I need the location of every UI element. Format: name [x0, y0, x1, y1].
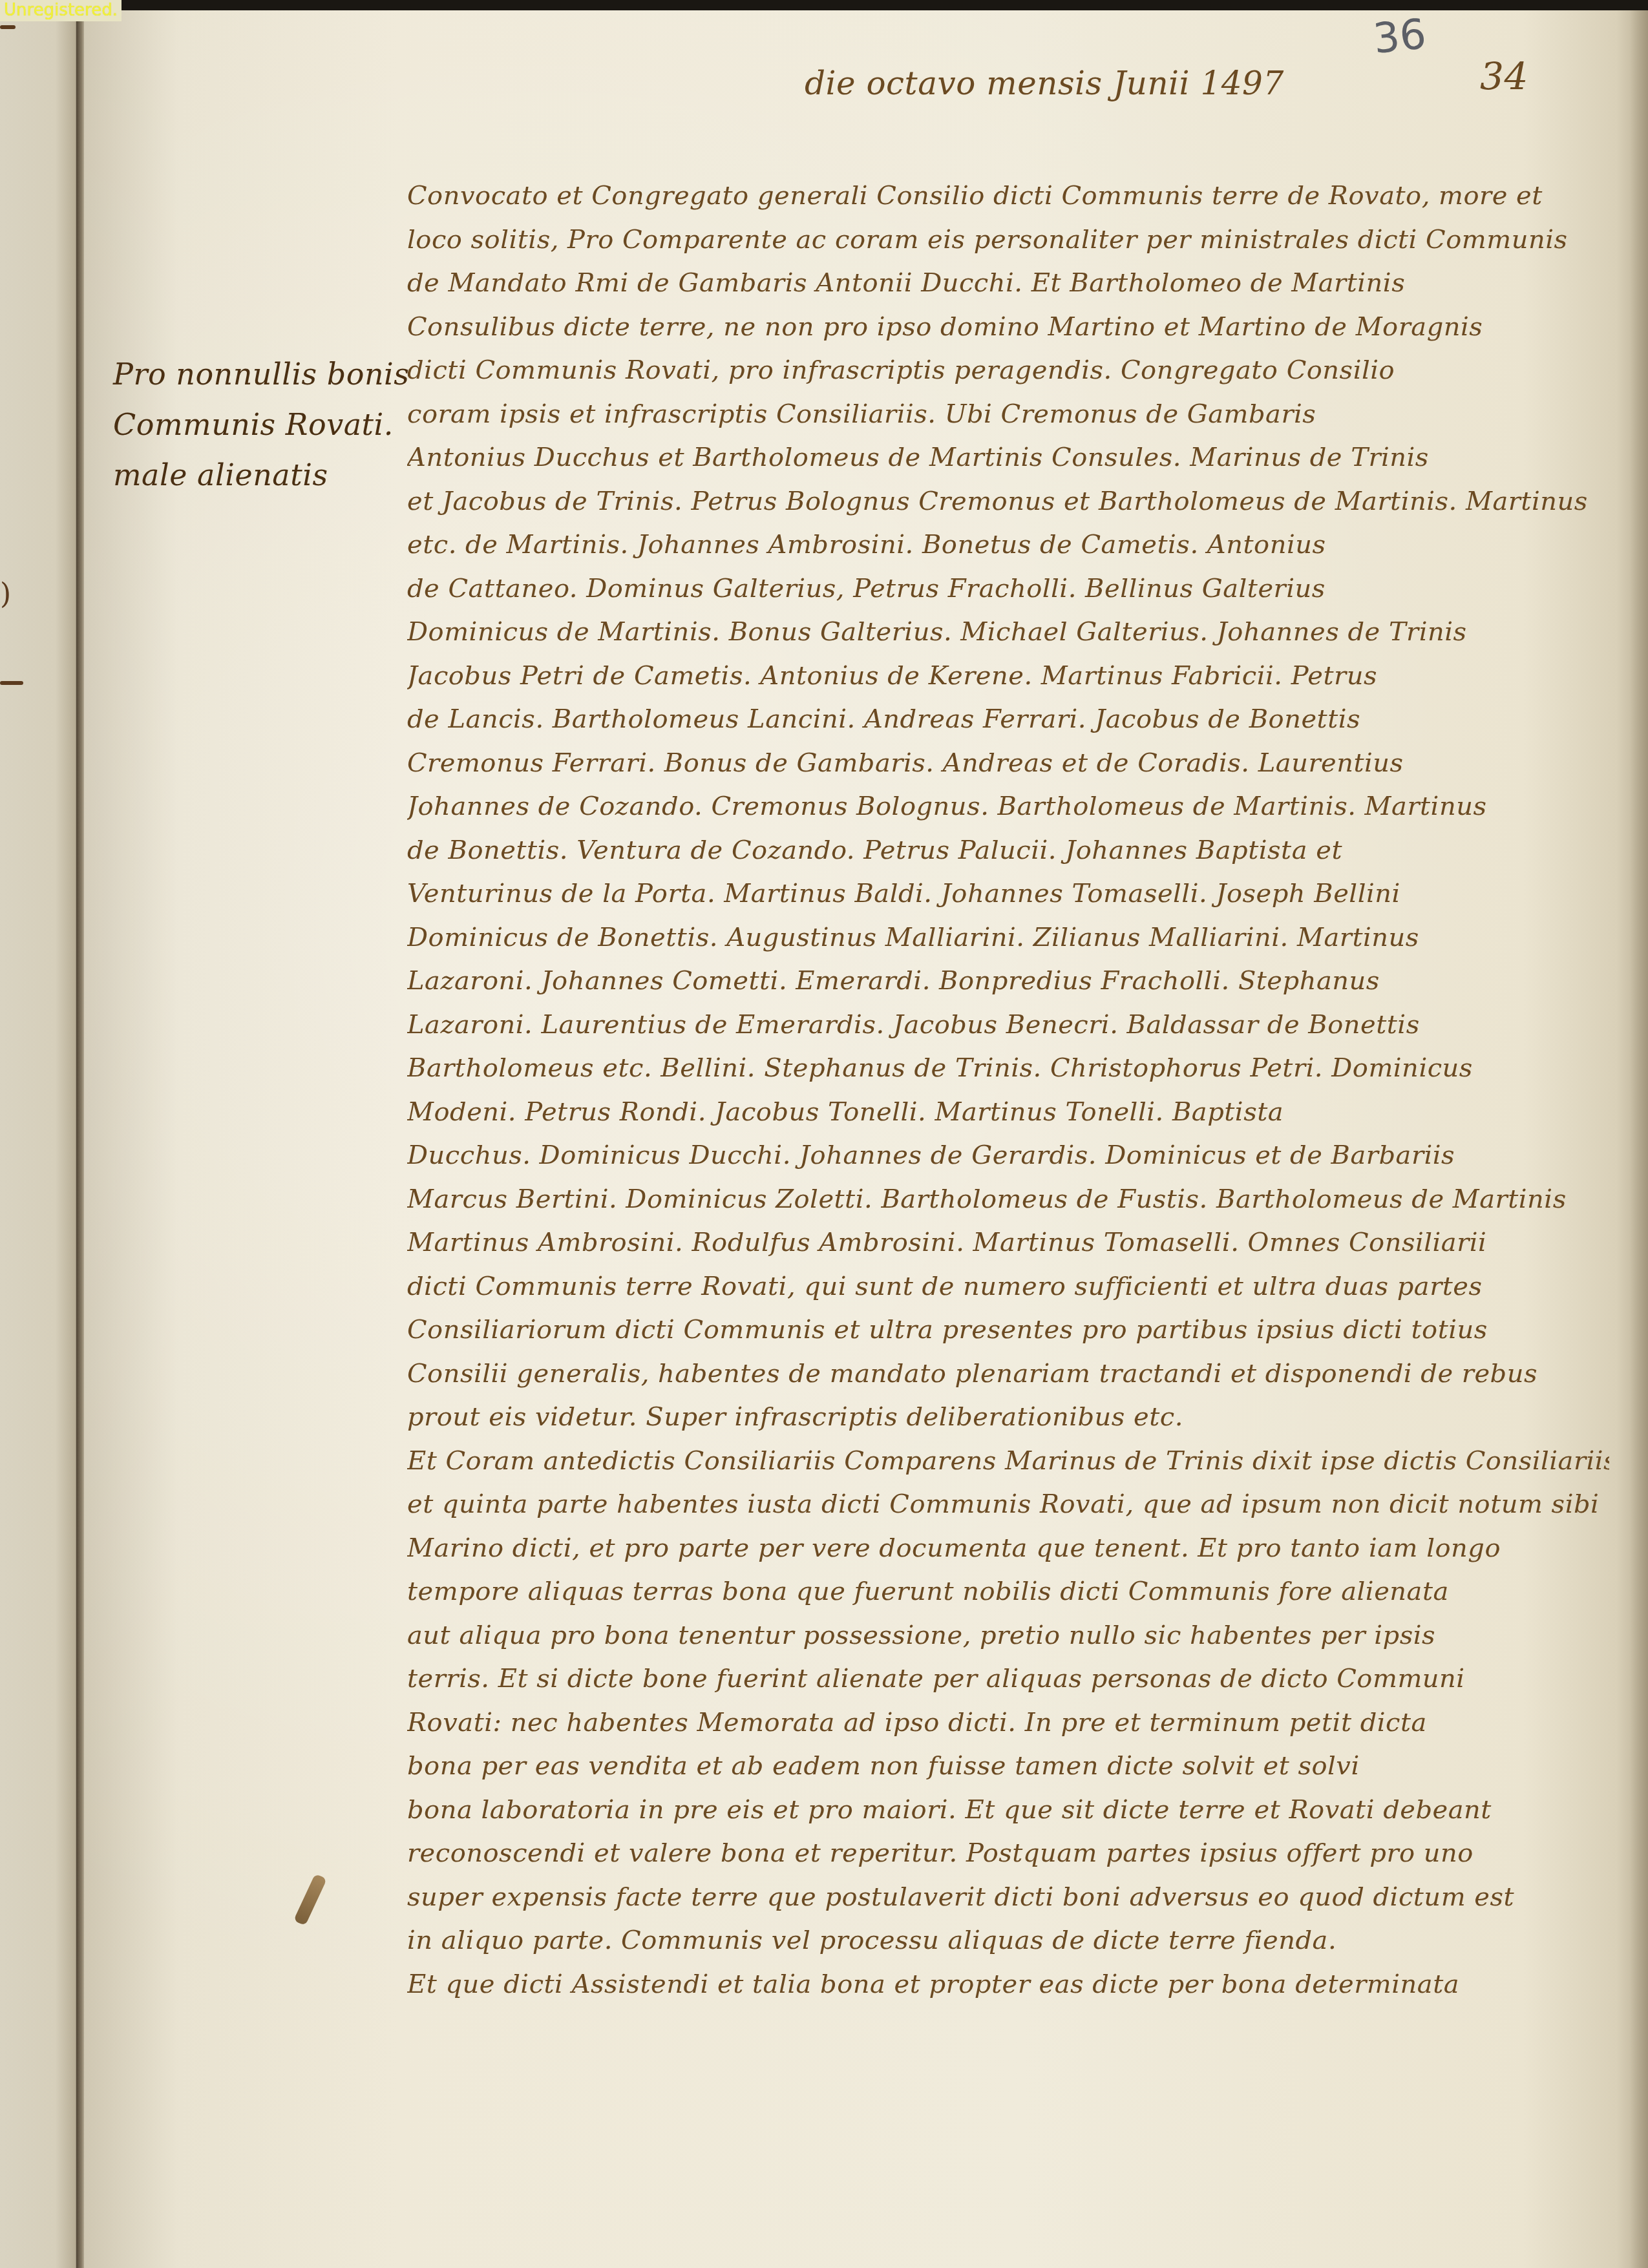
- folio-number-ink: 34: [1480, 54, 1528, 98]
- text-line: bona per eas vendita et ab eadem non fui…: [407, 1745, 1609, 1789]
- margin-note-line: male alienatis: [113, 450, 372, 500]
- text-line: Ducchus. Dominicus Ducchi. Johannes de G…: [407, 1134, 1609, 1178]
- left-page-edge: ): [0, 9, 79, 2268]
- text-line: Dominicus de Bonettis. Augustinus Mallia…: [407, 916, 1609, 960]
- text-line: Dominicus de Martinis. Bonus Galterius. …: [407, 611, 1609, 655]
- text-line: Et que dicti Assistendi et talia bona et…: [407, 1963, 1609, 2007]
- text-line: reconoscendi et valere bona et reperitur…: [407, 1832, 1609, 1876]
- text-line: Antonius Ducchus et Bartholomeus de Mart…: [407, 436, 1609, 480]
- text-line: bona laboratoria in pre eis et pro maior…: [407, 1789, 1609, 1832]
- text-line: aut aliqua pro bona tenentur possessione…: [407, 1614, 1609, 1658]
- date-heading: die octavo mensis Junii 1497: [805, 65, 1284, 102]
- folio-number-pencil: 36: [1371, 10, 1428, 63]
- text-line: Consiliariorum dicti Communis et ultra p…: [407, 1308, 1609, 1352]
- text-line: Cremonus Ferrari. Bonus de Gambaris. And…: [407, 742, 1609, 786]
- text-line: Consulibus dicte terre, ne non pro ipso …: [407, 306, 1609, 350]
- text-line: dicti Communis terre Rovati, qui sunt de…: [407, 1265, 1609, 1309]
- text-line: de Bonettis. Ventura de Cozando. Petrus …: [407, 829, 1609, 873]
- text-line: loco solitis, Pro Comparente ac coram ei…: [407, 218, 1609, 262]
- text-line: Marino dicti, et pro parte per vere docu…: [407, 1527, 1609, 1571]
- text-line: Consilii generalis, habentes de mandato …: [407, 1352, 1609, 1396]
- text-line: super expensis facte terre que postulave…: [407, 1876, 1609, 1920]
- text-line: Jacobus Petri de Cametis. Antonius de Ke…: [407, 655, 1609, 698]
- text-line: Et Coram antedictis Consiliariis Compare…: [407, 1440, 1609, 1484]
- text-line: Venturinus de la Porta. Martinus Baldi. …: [407, 872, 1609, 916]
- text-line: Lazaroni. Laurentius de Emerardis. Jacob…: [407, 1003, 1609, 1047]
- text-line: de Mandato Rmi de Gambaris Antonii Ducch…: [407, 262, 1609, 306]
- text-line: Martinus Ambrosini. Rodulfus Ambrosini. …: [407, 1221, 1609, 1265]
- left-page-ink-mark: [0, 25, 16, 29]
- text-line: prout eis videtur. Super infrascriptis d…: [407, 1396, 1609, 1440]
- text-line: et Jacobus de Trinis. Petrus Bolognus Cr…: [407, 480, 1609, 524]
- text-line: in aliquo parte. Communis vel processu a…: [407, 1919, 1609, 1963]
- margin-note: Pro nonnullis bonis Communis Rovati. mal…: [113, 349, 372, 500]
- text-line: coram ipsis et infrascriptis Consiliarii…: [407, 393, 1609, 437]
- text-line: Convocato et Congregato generali Consili…: [407, 174, 1609, 218]
- text-line: Bartholomeus etc. Bellini. Stephanus de …: [407, 1047, 1609, 1091]
- margin-note-line: Communis Rovati.: [113, 399, 372, 450]
- text-line: de Lancis. Bartholomeus Lancini. Andreas…: [407, 698, 1609, 742]
- page-edge-shadow: [1630, 10, 1648, 2268]
- text-line: dicti Communis Rovati, pro infrascriptis…: [407, 349, 1609, 393]
- left-page-ink-stroke: ): [0, 578, 11, 611]
- manuscript-body: Convocato et Congregato generali Consili…: [407, 174, 1609, 2006]
- text-line: tempore aliquas terras bona que fuerunt …: [407, 1570, 1609, 1614]
- text-line: Rovati: nec habentes Memorata ad ipso di…: [407, 1701, 1609, 1745]
- text-line: Modeni. Petrus Rondi. Jacobus Tonelli. M…: [407, 1091, 1609, 1135]
- text-line: Johannes de Cozando. Cremonus Bolognus. …: [407, 785, 1609, 829]
- text-line: Lazaroni. Johannes Cometti. Emerardi. Bo…: [407, 960, 1609, 1003]
- watermark-label: Unregistered.: [0, 0, 121, 21]
- text-line: de Cattaneo. Dominus Galterius, Petrus F…: [407, 567, 1609, 611]
- text-line: et quinta parte habentes iusta dicti Com…: [407, 1483, 1609, 1527]
- text-line: terris. Et si dicte bone fuerint alienat…: [407, 1657, 1609, 1701]
- margin-note-line: Pro nonnullis bonis: [113, 349, 372, 399]
- text-line: Marcus Bertini. Dominicus Zoletti. Barth…: [407, 1178, 1609, 1222]
- text-line: etc. de Martinis. Johannes Ambrosini. Bo…: [407, 523, 1609, 567]
- left-page-ink-mark: [0, 681, 23, 685]
